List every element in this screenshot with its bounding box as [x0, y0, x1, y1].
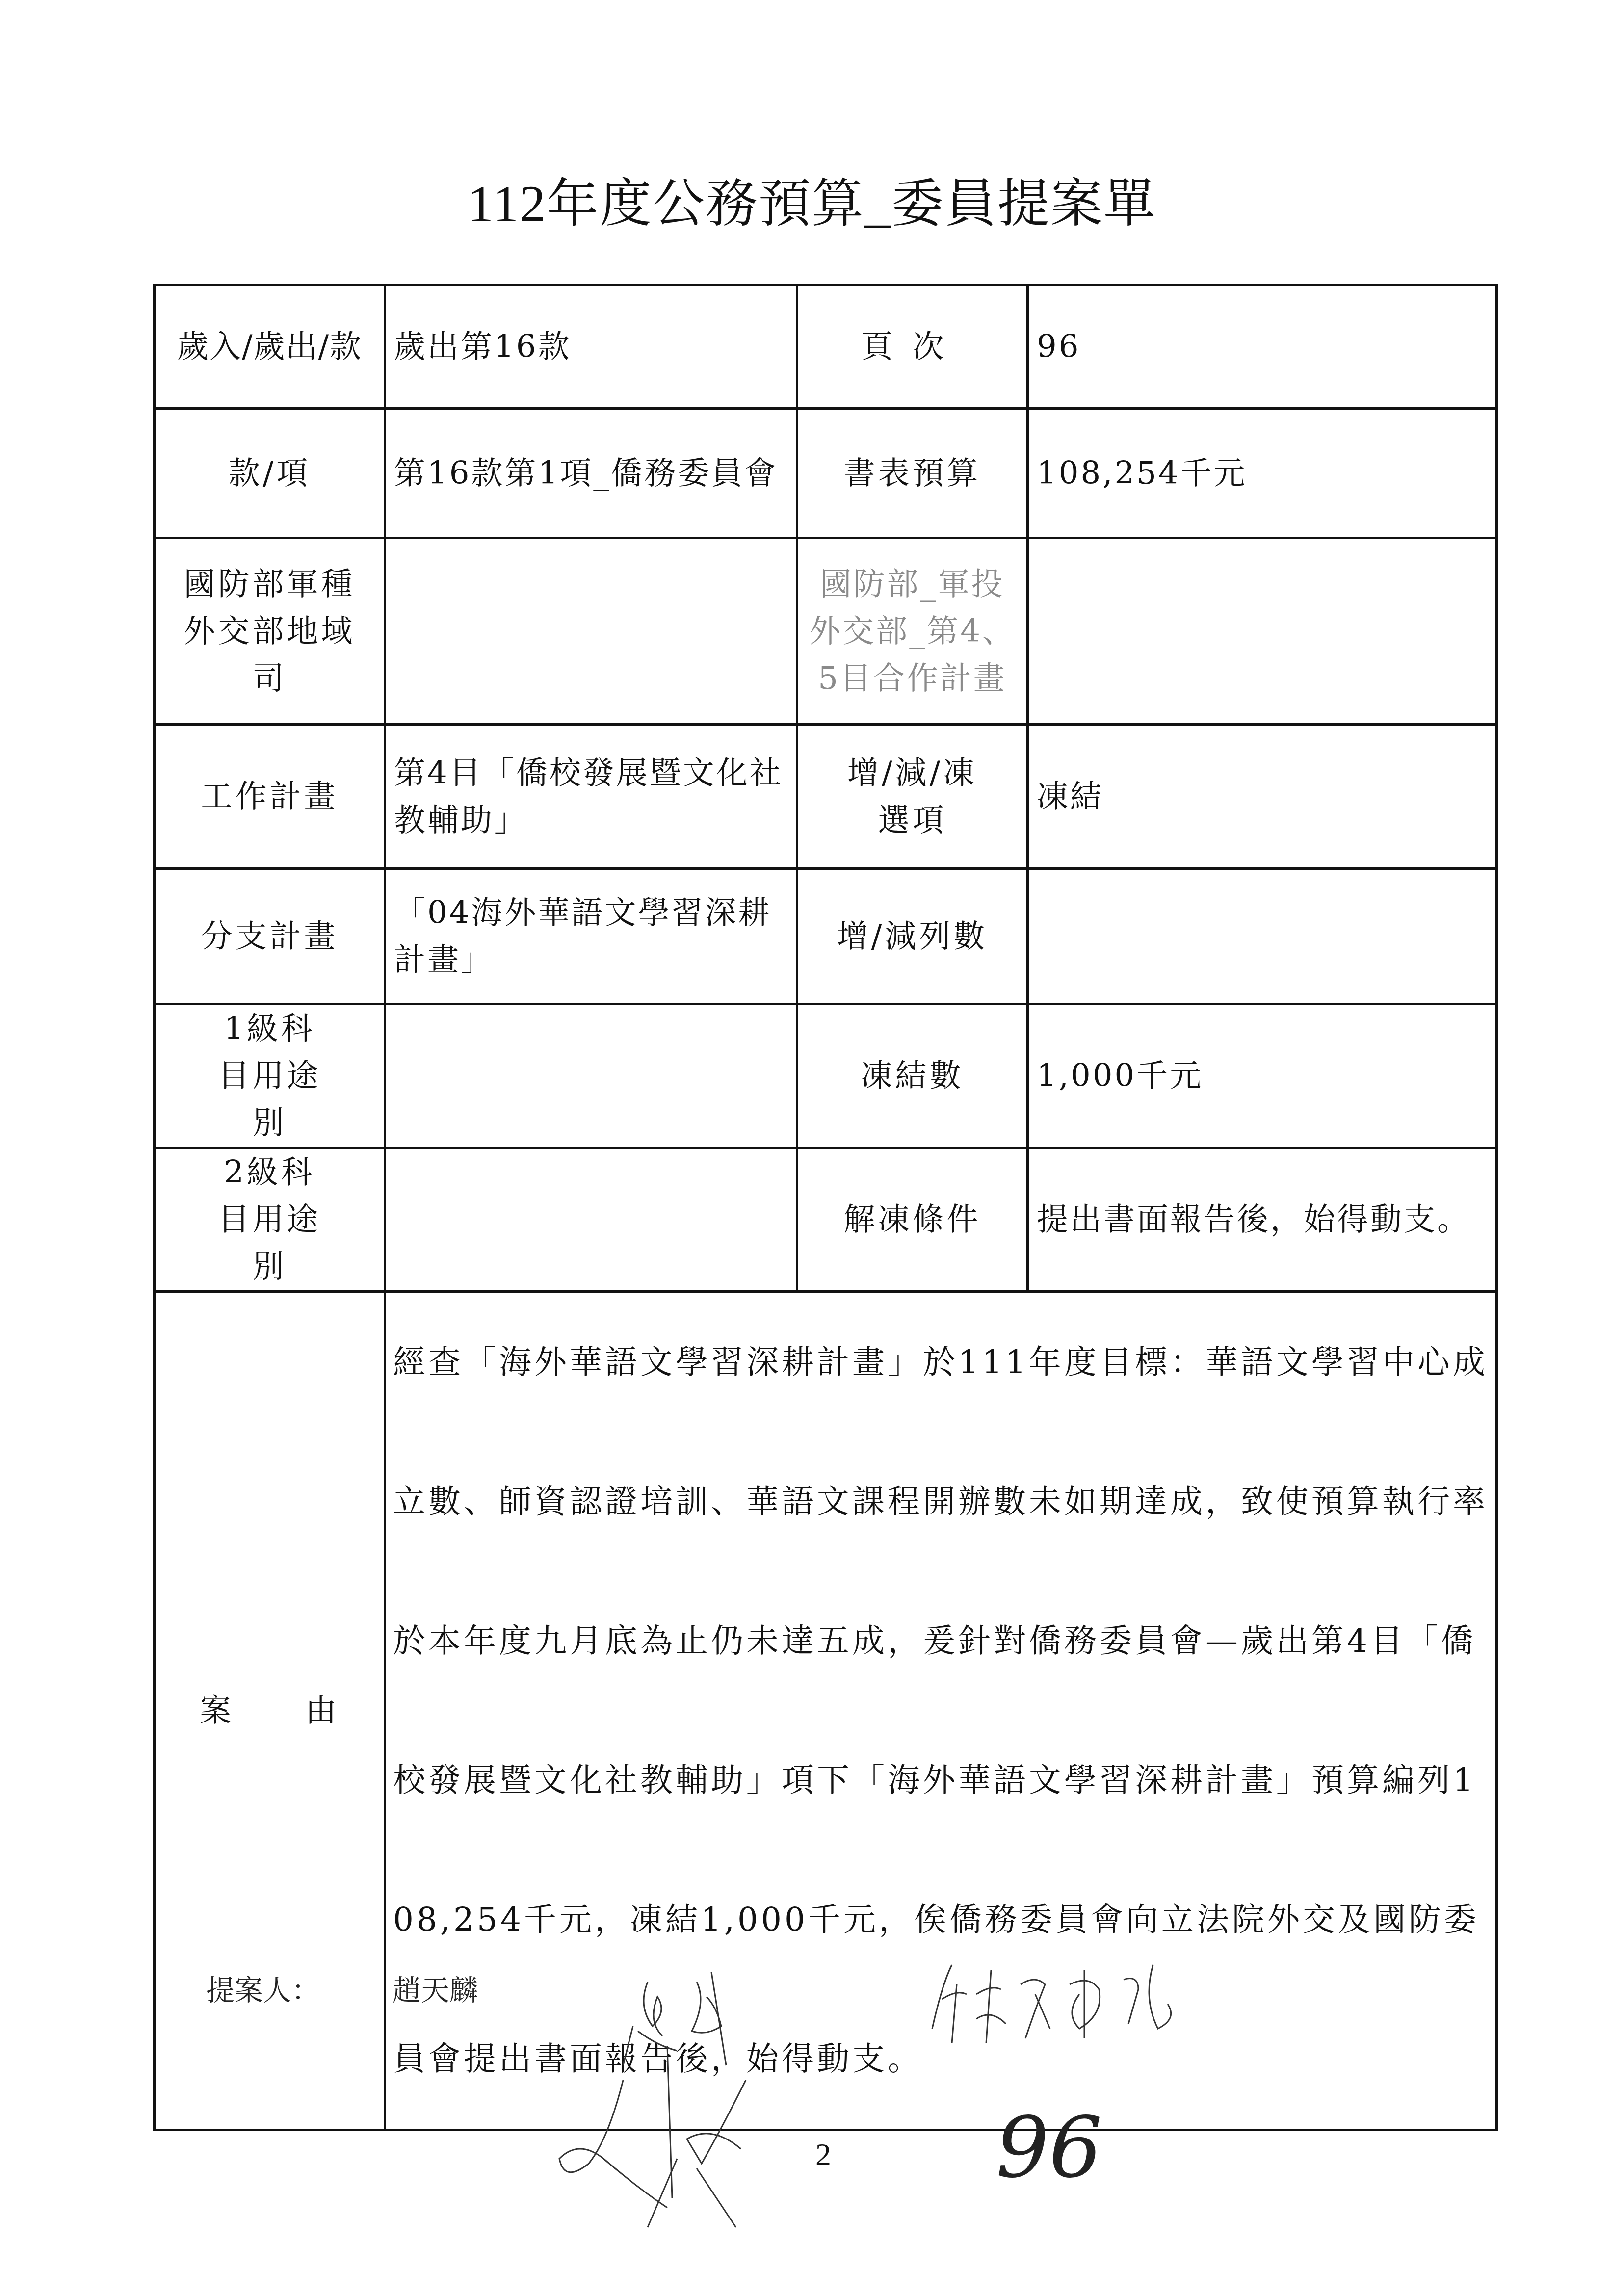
- handwritten-signature-icon: [922, 1955, 1266, 2053]
- value-adjust-amount: [1028, 869, 1497, 1004]
- label-budget-type: 歲入/歲出/款: [155, 285, 385, 409]
- label-work-plan: 工作計畫: [155, 725, 385, 869]
- value-work-plan: 第4目「僑校發展暨文化社教輔助」: [385, 725, 797, 869]
- value-adjust-option: 凍結: [1028, 725, 1497, 869]
- form-row-section-item: 款/項 第16款第1項_僑務委員會 書表預算 108,254千元: [155, 409, 1497, 538]
- label-frozen-amount: 凍結數: [797, 1004, 1028, 1148]
- form-row-work-plan: 工作計畫 第4目「僑校發展暨文化社教輔助」 增/減/凍選項 凍結: [155, 725, 1497, 869]
- value-page: 96: [1028, 285, 1497, 409]
- form-row-defense-foreign: 國防部軍種外交部地域司 國防部_軍投外交部_第4、5目合作計畫: [155, 538, 1497, 725]
- handwritten-signature-icon: [491, 1953, 981, 2257]
- value-level2-category: [385, 1148, 797, 1292]
- label-adjust-option: 增/減/凍選項: [797, 725, 1028, 869]
- proposer-label: 提案人：: [206, 1967, 320, 2009]
- label-defense-foreign-dept: 國防部軍種外交部地域司: [155, 538, 385, 725]
- value-level1-category: [385, 1004, 797, 1148]
- label-sub-plan: 分支計畫: [155, 869, 385, 1004]
- proposer-name: 趙天麟: [393, 1967, 478, 2009]
- page-number: 2: [815, 2137, 831, 2173]
- form-row-sub-plan: 分支計畫 「04海外華語文學習深耕計畫」 增/減列數: [155, 869, 1497, 1004]
- value-budget-type: 歲出第16款: [385, 285, 797, 409]
- label-adjust-amount: 增/減列數: [797, 869, 1028, 1004]
- value-defense-foreign-dept: [385, 538, 797, 725]
- value-section-item: 第16款第1項_僑務委員會: [385, 409, 797, 538]
- label-page: 頁次: [797, 285, 1028, 409]
- value-defense-foreign-plan: [1028, 538, 1497, 725]
- document-title: 112年度公務預算_委員提案單: [0, 162, 1624, 236]
- handwritten-page-mark: 96: [996, 2100, 1102, 2197]
- value-book-budget: 108,254千元: [1028, 409, 1497, 538]
- value-frozen-amount: 1,000千元: [1028, 1004, 1497, 1148]
- label-unfreeze-condition: 解凍條件: [797, 1148, 1028, 1292]
- label-level2-category: 2級科目用途別: [155, 1148, 385, 1292]
- label-defense-foreign-plan: 國防部_軍投外交部_第4、5目合作計畫: [797, 538, 1028, 725]
- value-sub-plan: 「04海外華語文學習深耕計畫」: [385, 869, 797, 1004]
- label-book-budget: 書表預算: [797, 409, 1028, 538]
- value-unfreeze-condition: 提出書面報告後，始得動支。: [1028, 1148, 1497, 1292]
- label-section-item: 款/項: [155, 409, 385, 538]
- label-level1-category: 1級科目用途別: [155, 1004, 385, 1148]
- form-row-budget-type: 歲入/歲出/款 歲出第16款 頁次 96: [155, 285, 1497, 409]
- proposal-form-table: 歲入/歲出/款 歲出第16款 頁次 96 款/項 第16款第1項_僑務委員會 書…: [153, 284, 1498, 2131]
- form-row-level2-category: 2級科目用途別 解凍條件 提出書面報告後，始得動支。: [155, 1148, 1497, 1292]
- form-row-level1-category: 1級科目用途別 凍結數 1,000千元: [155, 1004, 1497, 1148]
